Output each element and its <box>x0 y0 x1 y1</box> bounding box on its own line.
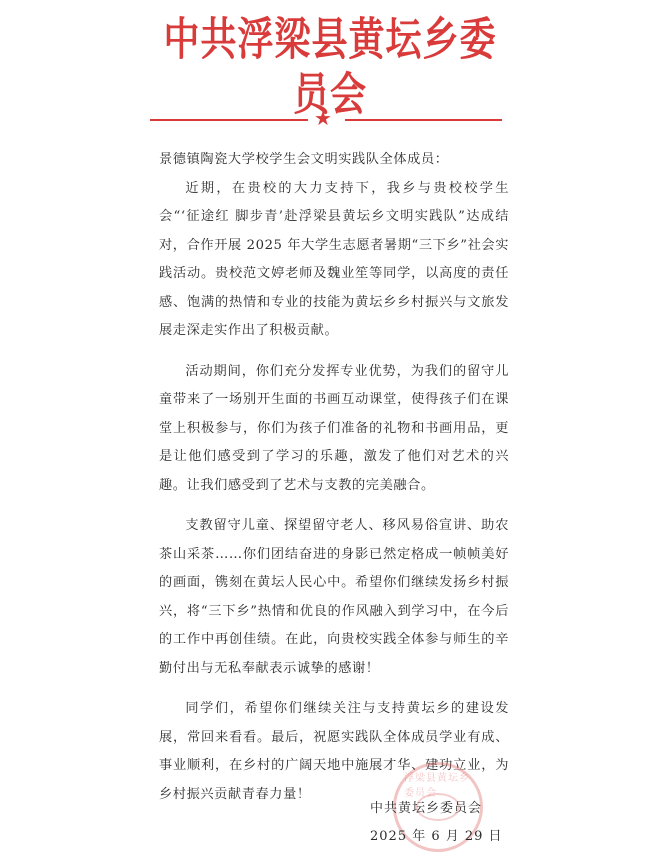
signature-block: 中共黄坛乡委员会 2025 年 6 月 29 日 <box>370 795 503 851</box>
salutation: 景德镇陶瓷大学校学生会文明实践队全体成员： <box>159 146 509 175</box>
paragraph-1: 近期，在贵校的大力支持下，我乡与贵校校学生会“‘征途红 脚步青’赴浮梁县黄坛乡文… <box>159 175 509 346</box>
paragraph-3: 支教留守儿童、探望留守老人、移风易俗宣讲、助农茶山采茶……你们团结奋进的身影已然… <box>159 512 509 683</box>
signature-organization: 中共黄坛乡委员会 <box>370 795 503 823</box>
letterhead-divider: ★ <box>150 112 512 128</box>
star-icon: ★ <box>314 108 332 128</box>
divider-line-right <box>345 119 502 121</box>
signature-date: 2025 年 6 月 29 日 <box>370 823 503 851</box>
letter-body: 景德镇陶瓷大学校学生会文明实践队全体成员： 近期，在贵校的大力支持下，我乡与贵校… <box>159 146 509 821</box>
paragraph-2: 活动期间，你们充分发挥专业优势，为我们的留守儿童带来了一场别开生面的书画互动课堂… <box>159 358 509 501</box>
divider-line-left <box>150 119 308 121</box>
